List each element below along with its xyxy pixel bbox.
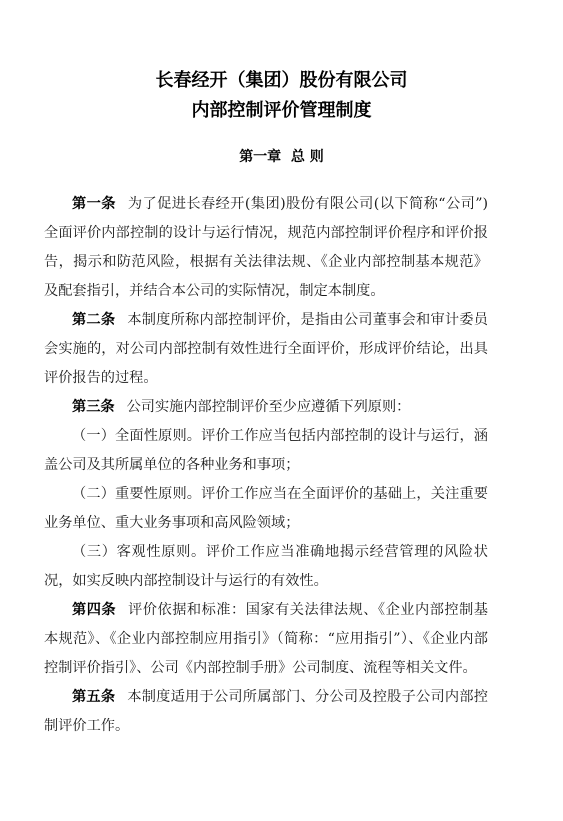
article-label: 第三条 (72, 399, 115, 415)
principle-text: （一）全面性原则。评价工作应当包括内部控制的设计与运行，涵盖公司及其所属单位的各… (44, 428, 488, 473)
article-5: 第五条本制度适用于公司所属部门、分公司及控股子公司内部控制评价工作。 (44, 683, 488, 741)
article-label: 第一条 (72, 196, 116, 212)
document-title-line2: 内部控制评价管理制度 (0, 96, 563, 122)
document-body: 第一条为了促进长春经开(集团)股份有限公司(以下简称“公司”)全面评价内部控制的… (44, 190, 488, 741)
article-4: 第四条评价依据和标准：国家有关法律法规、《企业内部控制基本规范》、《企业内部控制… (44, 596, 488, 683)
principle-1: （一）全面性原则。评价工作应当包括内部控制的设计与运行，涵盖公司及其所属单位的各… (44, 422, 488, 480)
article-3: 第三条公司实施内部控制评价至少应遵循下列原则： (44, 393, 488, 422)
article-text: 公司实施内部控制评价至少应遵循下列原则： (127, 399, 411, 415)
principle-text: （三）客观性原则。评价工作应当准确地揭示经营管理的风险状况，如实反映内部控制设计… (44, 544, 488, 589)
document-page: 长春经开（集团）股份有限公司 内部控制评价管理制度 第一章 总 则 第一条为了促… (0, 0, 563, 821)
principle-3: （三）客观性原则。评价工作应当准确地揭示经营管理的风险状况，如实反映内部控制设计… (44, 538, 488, 596)
chapter-heading: 第一章 总 则 (0, 146, 563, 166)
article-label: 第四条 (72, 602, 116, 618)
article-label: 第五条 (72, 689, 115, 705)
article-1: 第一条为了促进长春经开(集团)股份有限公司(以下简称“公司”)全面评价内部控制的… (44, 190, 488, 306)
principle-2: （二）重要性原则。评价工作应当在全面评价的基础上，关注重要业务单位、重大业务事项… (44, 480, 488, 538)
article-label: 第二条 (72, 312, 115, 328)
document-title-line1: 长春经开（集团）股份有限公司 (0, 66, 563, 92)
article-2: 第二条本制度所称内部控制评价，是指由公司董事会和审计委员会实施的，对公司内部控制… (44, 306, 488, 393)
principle-text: （二）重要性原则。评价工作应当在全面评价的基础上，关注重要业务单位、重大业务事项… (44, 486, 488, 531)
